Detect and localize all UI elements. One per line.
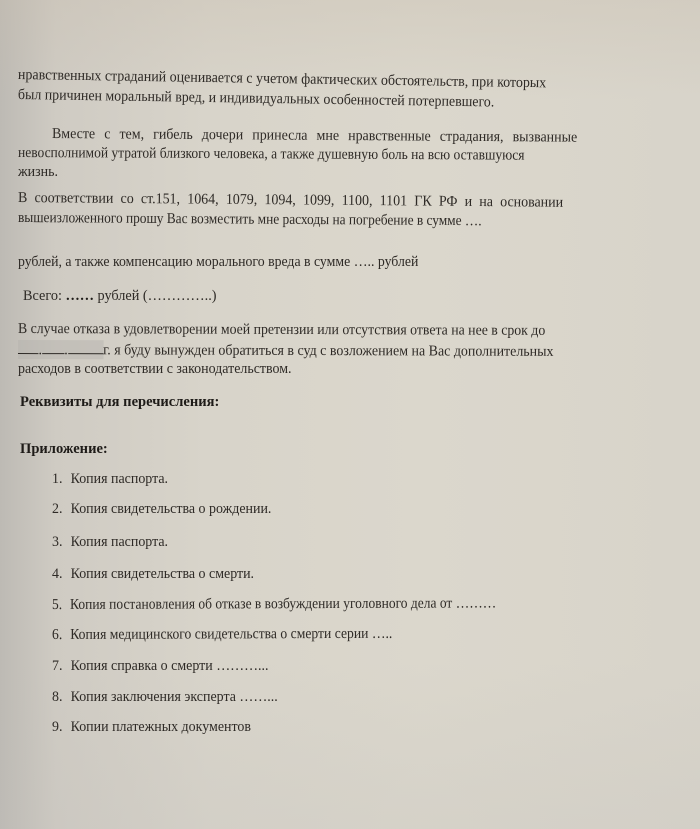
appendix-item-number: 6.	[52, 626, 70, 644]
paragraph-2-line-3: жизнь.	[18, 163, 58, 181]
paragraph-4-line-1: рублей, а также компенсацию морального в…	[18, 253, 418, 271]
appendix-item-text: Копия свидетельства о смерти.	[71, 566, 254, 582]
paragraph-5-line-2: .. г. я буду вынужден обратиться в суд с…	[18, 340, 554, 361]
total-amount-placeholder: ……	[65, 288, 93, 304]
appendix-item: 9.Копии платежных документов	[52, 718, 251, 736]
appendix-item-text: Копии платежных документов	[71, 719, 251, 735]
appendix-item-number: 2.	[52, 500, 71, 518]
document-page: нравственных страданий оценивается с уче…	[0, 0, 700, 829]
appendix-item: 6.Копия медицинского свидетельства о сме…	[52, 625, 392, 644]
requisites-heading: Реквизиты для перечисления:	[20, 393, 219, 411]
appendix-item-text: Копия постановления об отказе в возбужде…	[70, 595, 496, 612]
appendix-item: 4.Копия свидетельства о смерти.	[52, 565, 254, 583]
appendix-item-number: 3.	[52, 533, 71, 551]
appendix-item: 8.Копия заключения эксперта ……...	[52, 688, 278, 706]
date-month-blank	[42, 340, 64, 354]
appendix-heading: Приложение:	[20, 440, 108, 458]
appendix-item-number: 8.	[52, 688, 71, 706]
appendix-item-text: Копия справка о смерти ………...	[71, 658, 269, 674]
paragraph-2-line-2: невосполнимой утратой близкого человека,…	[18, 144, 525, 165]
appendix-item-number: 4.	[52, 565, 71, 583]
total-label: Всего:	[23, 288, 62, 304]
appendix-item-text: Копия паспорта.	[71, 471, 168, 487]
total-line: Всего: …… рублей (…………..)	[23, 287, 217, 305]
appendix-item-text: Копия заключения эксперта ……...	[71, 689, 278, 705]
appendix-item: 1.Копия паспорта.	[52, 470, 168, 488]
appendix-item: 2.Копия свидетельства о рождении.	[52, 500, 271, 518]
appendix-item-text: Копия паспорта.	[71, 534, 168, 550]
appendix-item: 7.Копия справка о смерти ………...	[52, 657, 269, 675]
appendix-item-number: 9.	[52, 718, 71, 736]
paragraph-5-line-2-rest: г. я буду вынужден обратиться в суд с во…	[103, 342, 553, 360]
date-blank-area: ..	[18, 340, 103, 359]
date-day-blank	[18, 340, 39, 354]
appendix-item-number: 1.	[52, 470, 71, 488]
paragraph-2-line-1: Вместе с тем, гибель дочери принесла мне…	[52, 125, 577, 147]
appendix-item: 5.Копия постановления об отказе в возбуж…	[52, 594, 496, 614]
appendix-item-number: 5.	[52, 596, 70, 614]
paragraph-3-line-1: В соответствии со ст.151, 1064, 1079, 10…	[18, 189, 563, 212]
paragraph-5-line-1: В случае отказа в удовлетворении моей пр…	[18, 320, 545, 340]
appendix-item-number: 7.	[52, 657, 71, 675]
date-year-blank	[68, 340, 103, 354]
appendix-item: 3.Копия паспорта.	[52, 533, 168, 551]
total-rest: рублей (…………..)	[98, 288, 217, 304]
appendix-item-text: Копия свидетельства о рождении.	[71, 501, 272, 517]
appendix-item-text: Копия медицинского свидетельства о смерт…	[70, 626, 392, 643]
paragraph-3-line-2: вышеизложенного прошу Вас возместить мне…	[18, 209, 482, 230]
paragraph-5-line-3: расходов в соответствии с законодательст…	[18, 360, 292, 378]
